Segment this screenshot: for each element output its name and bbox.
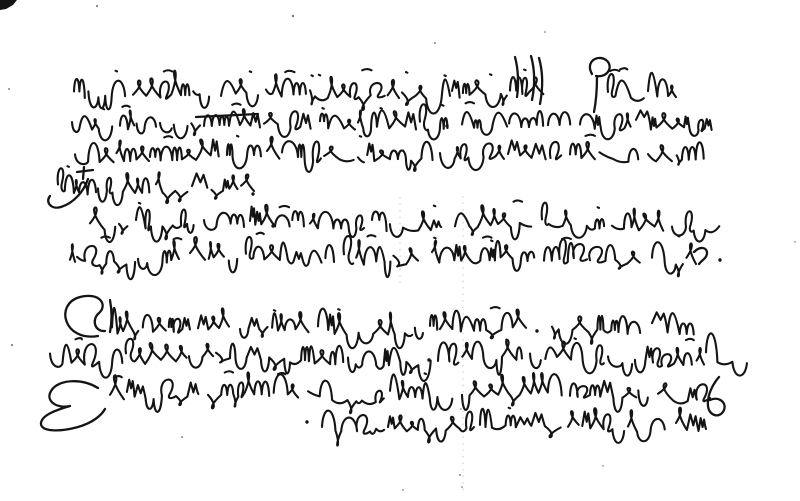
- scan-corner-artifact: [0, 0, 17, 10]
- noise-speck: [292, 15, 294, 17]
- handwriting-flourishes: [41, 56, 725, 430]
- noise-speck: [459, 474, 461, 476]
- handwriting-line-2: [72, 102, 712, 140]
- handwriting-line-3: [75, 135, 704, 172]
- flourish-line7-capital: [65, 296, 111, 337]
- ink-dot: [445, 124, 448, 127]
- flourish-line1-tall-bars: [515, 56, 542, 104]
- handwriting-ink-stroke: [70, 233, 696, 279]
- handwriting-line-5: [90, 200, 719, 242]
- ink-dot: [535, 329, 538, 332]
- noise-speck: [602, 465, 603, 466]
- handwriting-line-7: [112, 307, 694, 348]
- noise-speck: [181, 436, 183, 438]
- handwriting-ink-stroke: [322, 408, 706, 446]
- flourish-line9-final-delta: [708, 377, 725, 415]
- noise-speck: [461, 486, 463, 488]
- noise-speck: [460, 408, 462, 410]
- handwriting-ink-stroke: [74, 68, 676, 113]
- noise-speck: [96, 5, 98, 7]
- handwriting-line-4: [58, 166, 254, 205]
- ink-dot: [271, 224, 274, 227]
- handwriting-ink-stroke: [72, 102, 712, 140]
- handwriting-ink-stroke: [110, 371, 710, 413]
- flourish-line2-strikethrough: [196, 114, 258, 117]
- ink-dot: [718, 258, 721, 261]
- noise-speck: [794, 241, 795, 242]
- noise-speck: [11, 344, 13, 346]
- handwriting-line-8: [50, 333, 747, 381]
- handwriting-ink-stroke: [58, 166, 254, 205]
- handwriting-line-10: [322, 408, 706, 446]
- ink-dot: [427, 358, 430, 361]
- flourish-line6-question-curl: [694, 248, 707, 264]
- noise-speck: [8, 88, 10, 90]
- handwriting-line-6: [70, 233, 696, 279]
- handwriting-canvas: [0, 0, 800, 501]
- noise-speck: [434, 42, 436, 44]
- handwriting-ink-stroke: [75, 135, 704, 172]
- noise-speck: [544, 31, 546, 33]
- handwriting-line-1: [74, 68, 676, 113]
- handwriting-line-9: [110, 371, 710, 413]
- punctuation-dots: [251, 124, 721, 423]
- noise-speck: [402, 489, 404, 491]
- ink-dot: [305, 420, 308, 423]
- handwriting-ink-stroke: [90, 200, 719, 242]
- flourish-line9-left-flourish: [41, 381, 105, 430]
- handwriting-ink-stroke: [50, 333, 747, 381]
- scanned-document-page: [0, 0, 800, 501]
- ink-dot: [251, 192, 254, 195]
- handwriting-ink-stroke: [112, 307, 694, 348]
